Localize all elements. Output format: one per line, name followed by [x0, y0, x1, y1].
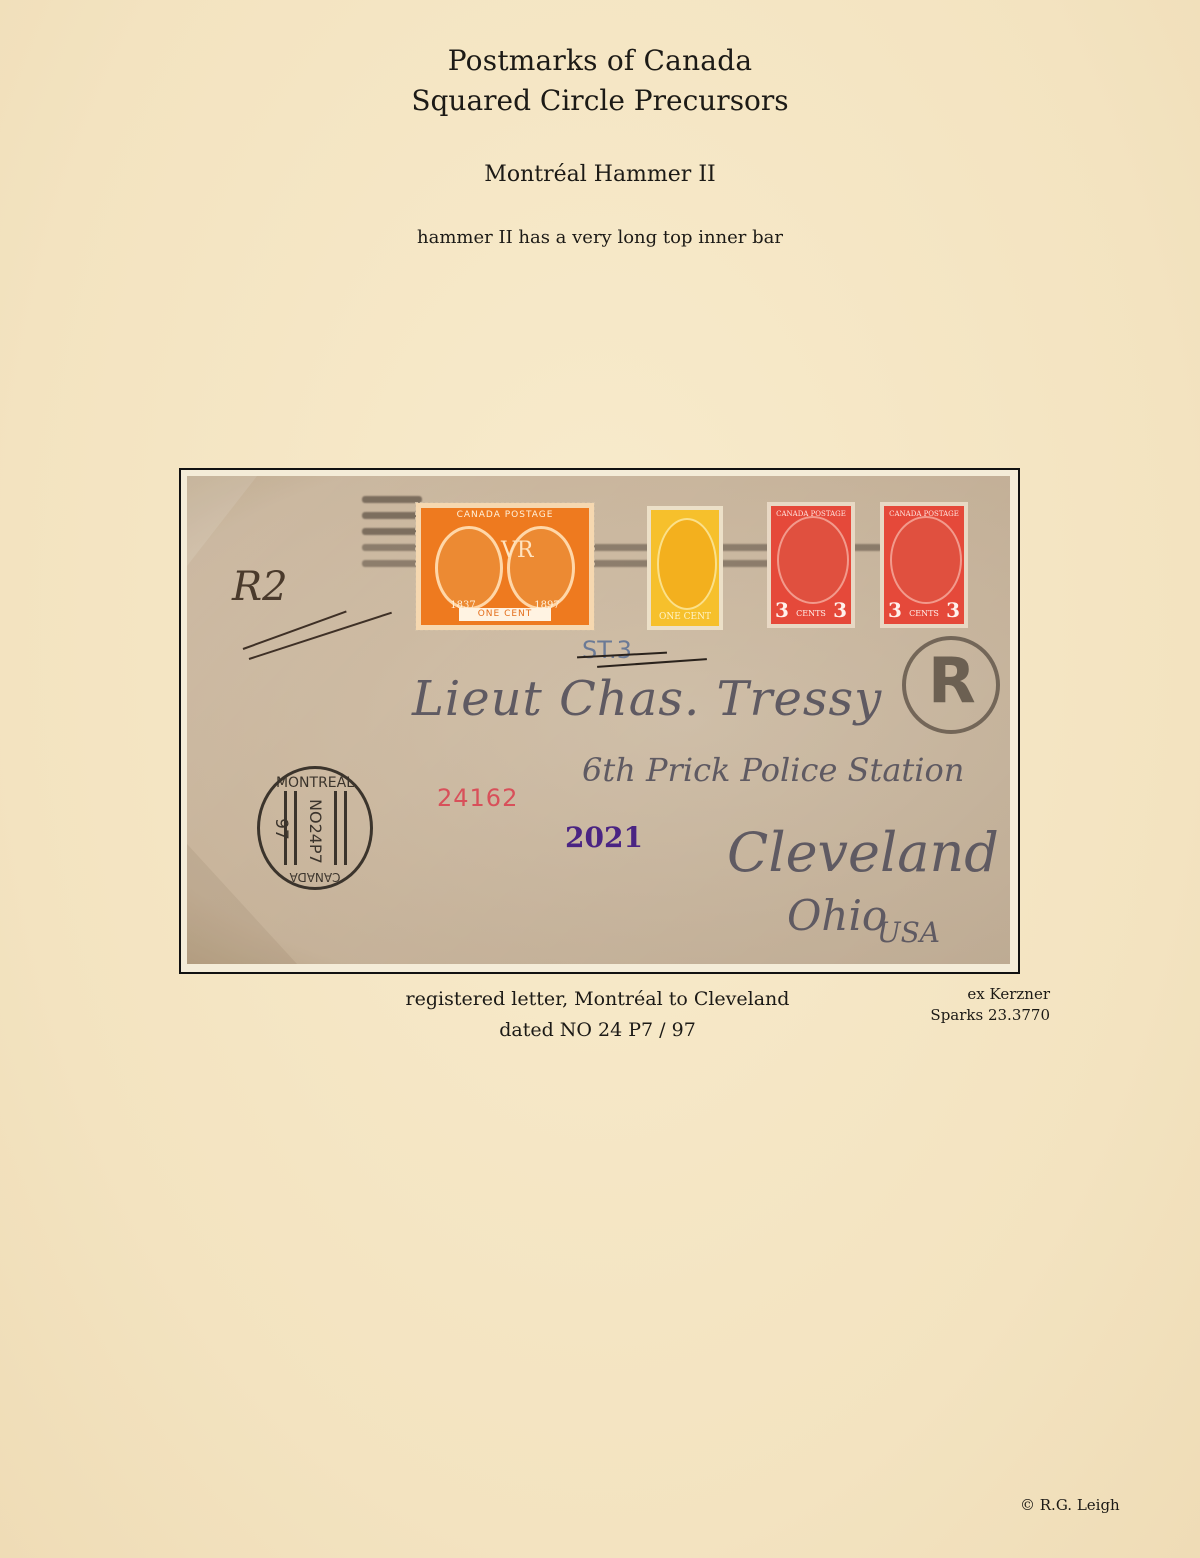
registered-r-letter: R	[928, 644, 976, 717]
stamp-value-number-right: 3	[833, 598, 847, 622]
postmark-province: CANADA	[260, 870, 370, 884]
stamp-value-number-left: 3	[775, 598, 789, 622]
postmark-date: NO24P7	[306, 799, 325, 864]
caption-line-2: dated NO 24 P7 / 97	[300, 1015, 895, 1046]
stamp-value-number-left: 3	[888, 598, 902, 622]
stamp-small-queen-one-cent: ONE CENT	[647, 506, 723, 630]
page-subtitle: Montréal Hammer II	[0, 162, 1200, 187]
stamp-value-label: CENTS	[796, 609, 826, 618]
stamp-top-text: CANADA POSTAGE	[421, 510, 589, 520]
stamp-jubilee-one-cent: CANADA POSTAGE VR 1837 1897 ONE CENT	[416, 503, 594, 630]
queen-portrait	[777, 516, 849, 604]
queen-portrait-young	[435, 526, 503, 610]
address-street: 6th Prick Police Station	[582, 751, 964, 789]
postmark-year: 97	[271, 818, 291, 840]
stamp-monogram: VR	[501, 538, 533, 563]
stamp-small-queen-three-cents: CANADA POSTAGE 3 CENTS 3	[880, 502, 968, 628]
montreal-split-ring-postmark: MONTREAL NO24P7 97 CANADA	[257, 766, 373, 890]
address-name: Lieut Chas. Tressy	[412, 671, 882, 727]
rate-handstamp: ST.3	[582, 636, 632, 664]
address-country: USA	[877, 916, 940, 949]
address-city: Cleveland	[727, 821, 999, 884]
registered-r-handstamp: R	[902, 636, 1000, 734]
queen-portrait	[890, 516, 962, 604]
page-title-line-2: Squared Circle Precursors	[0, 84, 1200, 117]
postmark-town: MONTREAL	[260, 775, 370, 791]
stamp-value: 3 CENTS 3	[888, 598, 960, 622]
caption-line-1: registered letter, Montréal to Cleveland	[300, 984, 895, 1015]
hammer-note: hammer II has a very long top inner bar	[0, 227, 1200, 248]
cover-caption: registered letter, Montréal to Cleveland…	[300, 984, 895, 1046]
stamp-value-number-right: 3	[946, 598, 960, 622]
copyright-notice: © R.G. Leigh	[1020, 1496, 1160, 1514]
provenance-note: ex Kerzner Sparks 23.3770	[840, 984, 1050, 1026]
registration-number-purple: 2021	[565, 821, 643, 854]
page-title-line-1: Postmarks of Canada	[0, 44, 1200, 77]
manuscript-registration-mark: R2	[232, 564, 288, 610]
postmark-bar	[344, 791, 347, 865]
stamp-value-label: ONE CENT	[651, 612, 719, 622]
postmark-bar	[334, 791, 337, 865]
address-state: Ohio	[787, 891, 887, 940]
provenance-auction-ref: Sparks 23.3770	[840, 1005, 1050, 1026]
stamp-small-queen-three-cents: CANADA POSTAGE 3 CENTS 3	[767, 502, 855, 628]
provenance-ex: ex Kerzner	[840, 984, 1050, 1005]
postmark-bar	[294, 791, 297, 865]
stamp-value-label: CENTS	[909, 609, 939, 618]
envelope-image: CANADA POSTAGE VR 1837 1897 ONE CENT ONE…	[187, 476, 1010, 964]
stamp-value: 3 CENTS 3	[775, 598, 847, 622]
envelope-corner-fold	[187, 476, 257, 566]
stamp-value-label: ONE CENT	[459, 608, 551, 621]
queen-portrait	[657, 518, 717, 610]
registration-number-red: 24162	[437, 784, 518, 812]
